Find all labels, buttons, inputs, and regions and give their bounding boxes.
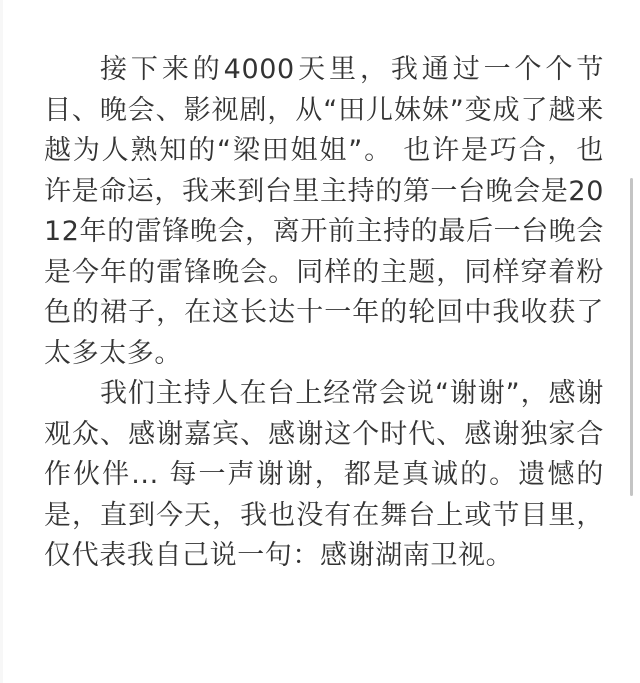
left-edge-divider [0,0,3,683]
page: 接下来的4000天里，我通过一个个节目、晚会、影视剧，从“田儿妹妹”变成了越来越… [0,0,640,683]
paragraph-2: 我们主持人在台上经常会说“谢谢”，感谢观众、感谢嘉宾、感谢这个时代、感谢独家合作… [44,374,604,577]
paragraph-1: 接下来的4000天里，我通过一个个节目、晚会、影视剧，从“田儿妹妹”变成了越来越… [44,50,604,374]
vertical-scrollbar[interactable] [630,178,633,496]
article-body: 接下来的4000天里，我通过一个个节目、晚会、影视剧，从“田儿妹妹”变成了越来越… [44,50,604,577]
